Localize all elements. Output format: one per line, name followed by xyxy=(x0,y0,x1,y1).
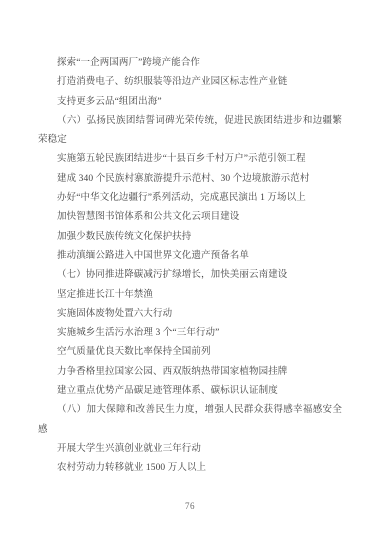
report-line: 实施固体废物处置六大行动 xyxy=(38,305,342,324)
report-line: 推动滇缅公路进入中国世界文化遗产预备名单 xyxy=(38,247,342,266)
report-line: 实施城乡生活污水治理 3 个“三年行动” xyxy=(38,324,342,343)
report-line: 建成 340 个民族村寨旅游提升示范村、30 个边境旅游示范村 xyxy=(38,170,342,189)
page-number: 76 xyxy=(0,501,380,511)
report-line: （七）协同推进降碳减污扩绿增长，加快美丽云南建设 xyxy=(38,266,342,285)
report-line: 实施第五轮民族团结进步“十县百乡千村万户”示范引领工程 xyxy=(38,150,342,169)
report-line: （六）弘扬民族团结誓词碑光荣传统，促进民族团结进步和边疆繁荣稳定 xyxy=(38,112,342,151)
report-line: 加强少数民族传统文化保护扶持 xyxy=(38,228,342,247)
report-line: 力争香格里拉国家公园、西双版纳热带国家植物园挂牌 xyxy=(38,363,342,382)
document-body: 探索“一企两国两厂”跨境产能合作打造消费电子、纺织服装等沿边产业园区标志性产业链… xyxy=(38,54,342,479)
report-line: 空气质量优良天数比率保持全国前列 xyxy=(38,343,342,362)
report-line: 支持更多云品“组团出海” xyxy=(38,93,342,112)
report-line: 建立重点优势产品碳足迹管理体系、碳标识认证制度 xyxy=(38,382,342,401)
report-line: 办好“中华文化边疆行”系列活动，完成惠民演出 1 万场以上 xyxy=(38,189,342,208)
report-line: 打造消费电子、纺织服装等沿边产业园区标志性产业链 xyxy=(38,73,342,92)
report-line: 农村劳动力转移就业 1500 万人以上 xyxy=(38,459,342,478)
report-line: 坚定推进长江十年禁渔 xyxy=(38,286,342,305)
report-line: 开展大学生兴滇创业就业三年行动 xyxy=(38,440,342,459)
document-page: 探索“一企两国两厂”跨境产能合作打造消费电子、纺织服装等沿边产业园区标志性产业链… xyxy=(0,0,380,537)
report-line: 探索“一企两国两厂”跨境产能合作 xyxy=(38,54,342,73)
report-line: （八）加大保障和改善民生力度，增强人民群众获得感幸福感安全感 xyxy=(38,401,342,440)
report-line: 加快智慧图书馆体系和公共文化云项目建设 xyxy=(38,208,342,227)
